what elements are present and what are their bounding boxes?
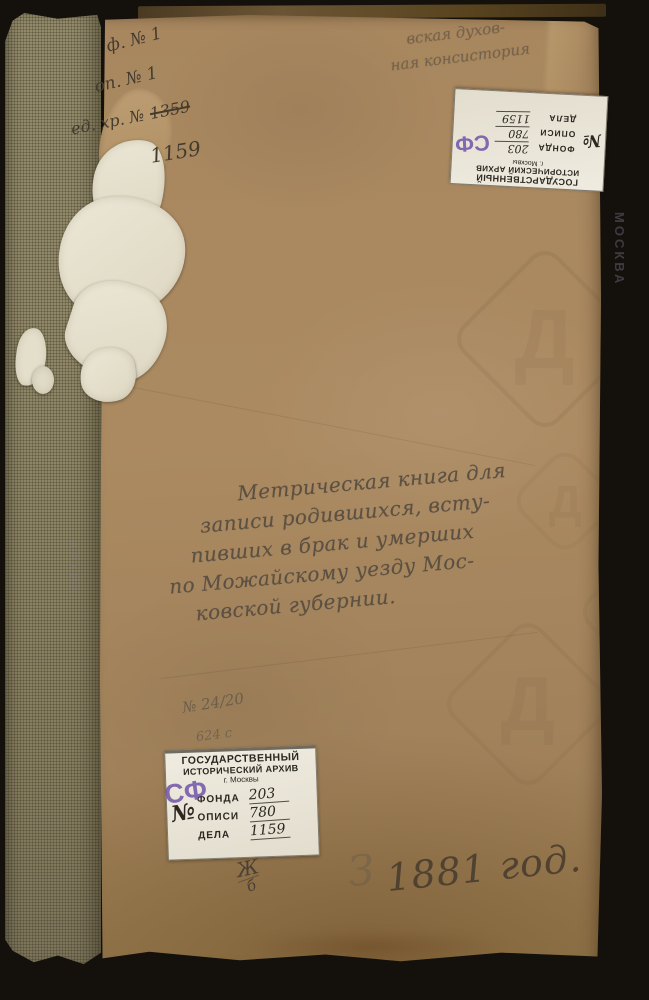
stamp-no-mark: № xyxy=(582,130,602,152)
fond-value: 203 xyxy=(248,785,289,805)
scanned-book-cover: АРХИВ Д Д Д Д ф. № 1 оп. № 1 ед. хр. №13… xyxy=(0,0,649,1000)
delo-value: 1159 xyxy=(249,821,290,841)
torn-white-paper xyxy=(32,366,54,394)
watermark-text-fragment-right: МОСКВА xyxy=(612,212,627,286)
archive-stamp-top: ГОСУДАРСТВЕННЫЙ ИСТОРИЧЕСКИЙ АРХИВ г. Мо… xyxy=(450,88,609,192)
delo-value: 1159 xyxy=(496,111,530,126)
bottom-stain xyxy=(239,929,509,965)
pencil-flourish: З xyxy=(346,845,376,896)
sf-purple-stamp: СФ xyxy=(454,129,490,157)
watermark-text-fragment-left: АРХИВ xyxy=(66,540,80,597)
archive-stamp-bottom: ГОСУДАРСТВЕННЫЙ ИСТОРИЧЕСКИЙ АРХИВ г. Мо… xyxy=(164,745,320,860)
opis-value: 780 xyxy=(249,803,290,823)
corner-wear-mark xyxy=(545,15,602,100)
sf-purple-stamp: СФ xyxy=(163,774,209,811)
opis-value: 780 xyxy=(495,126,529,141)
crease-line xyxy=(123,385,535,466)
archive-logo-watermark: Д xyxy=(449,243,602,435)
fond-value: 203 xyxy=(494,141,528,156)
cloth-spine xyxy=(5,13,101,966)
